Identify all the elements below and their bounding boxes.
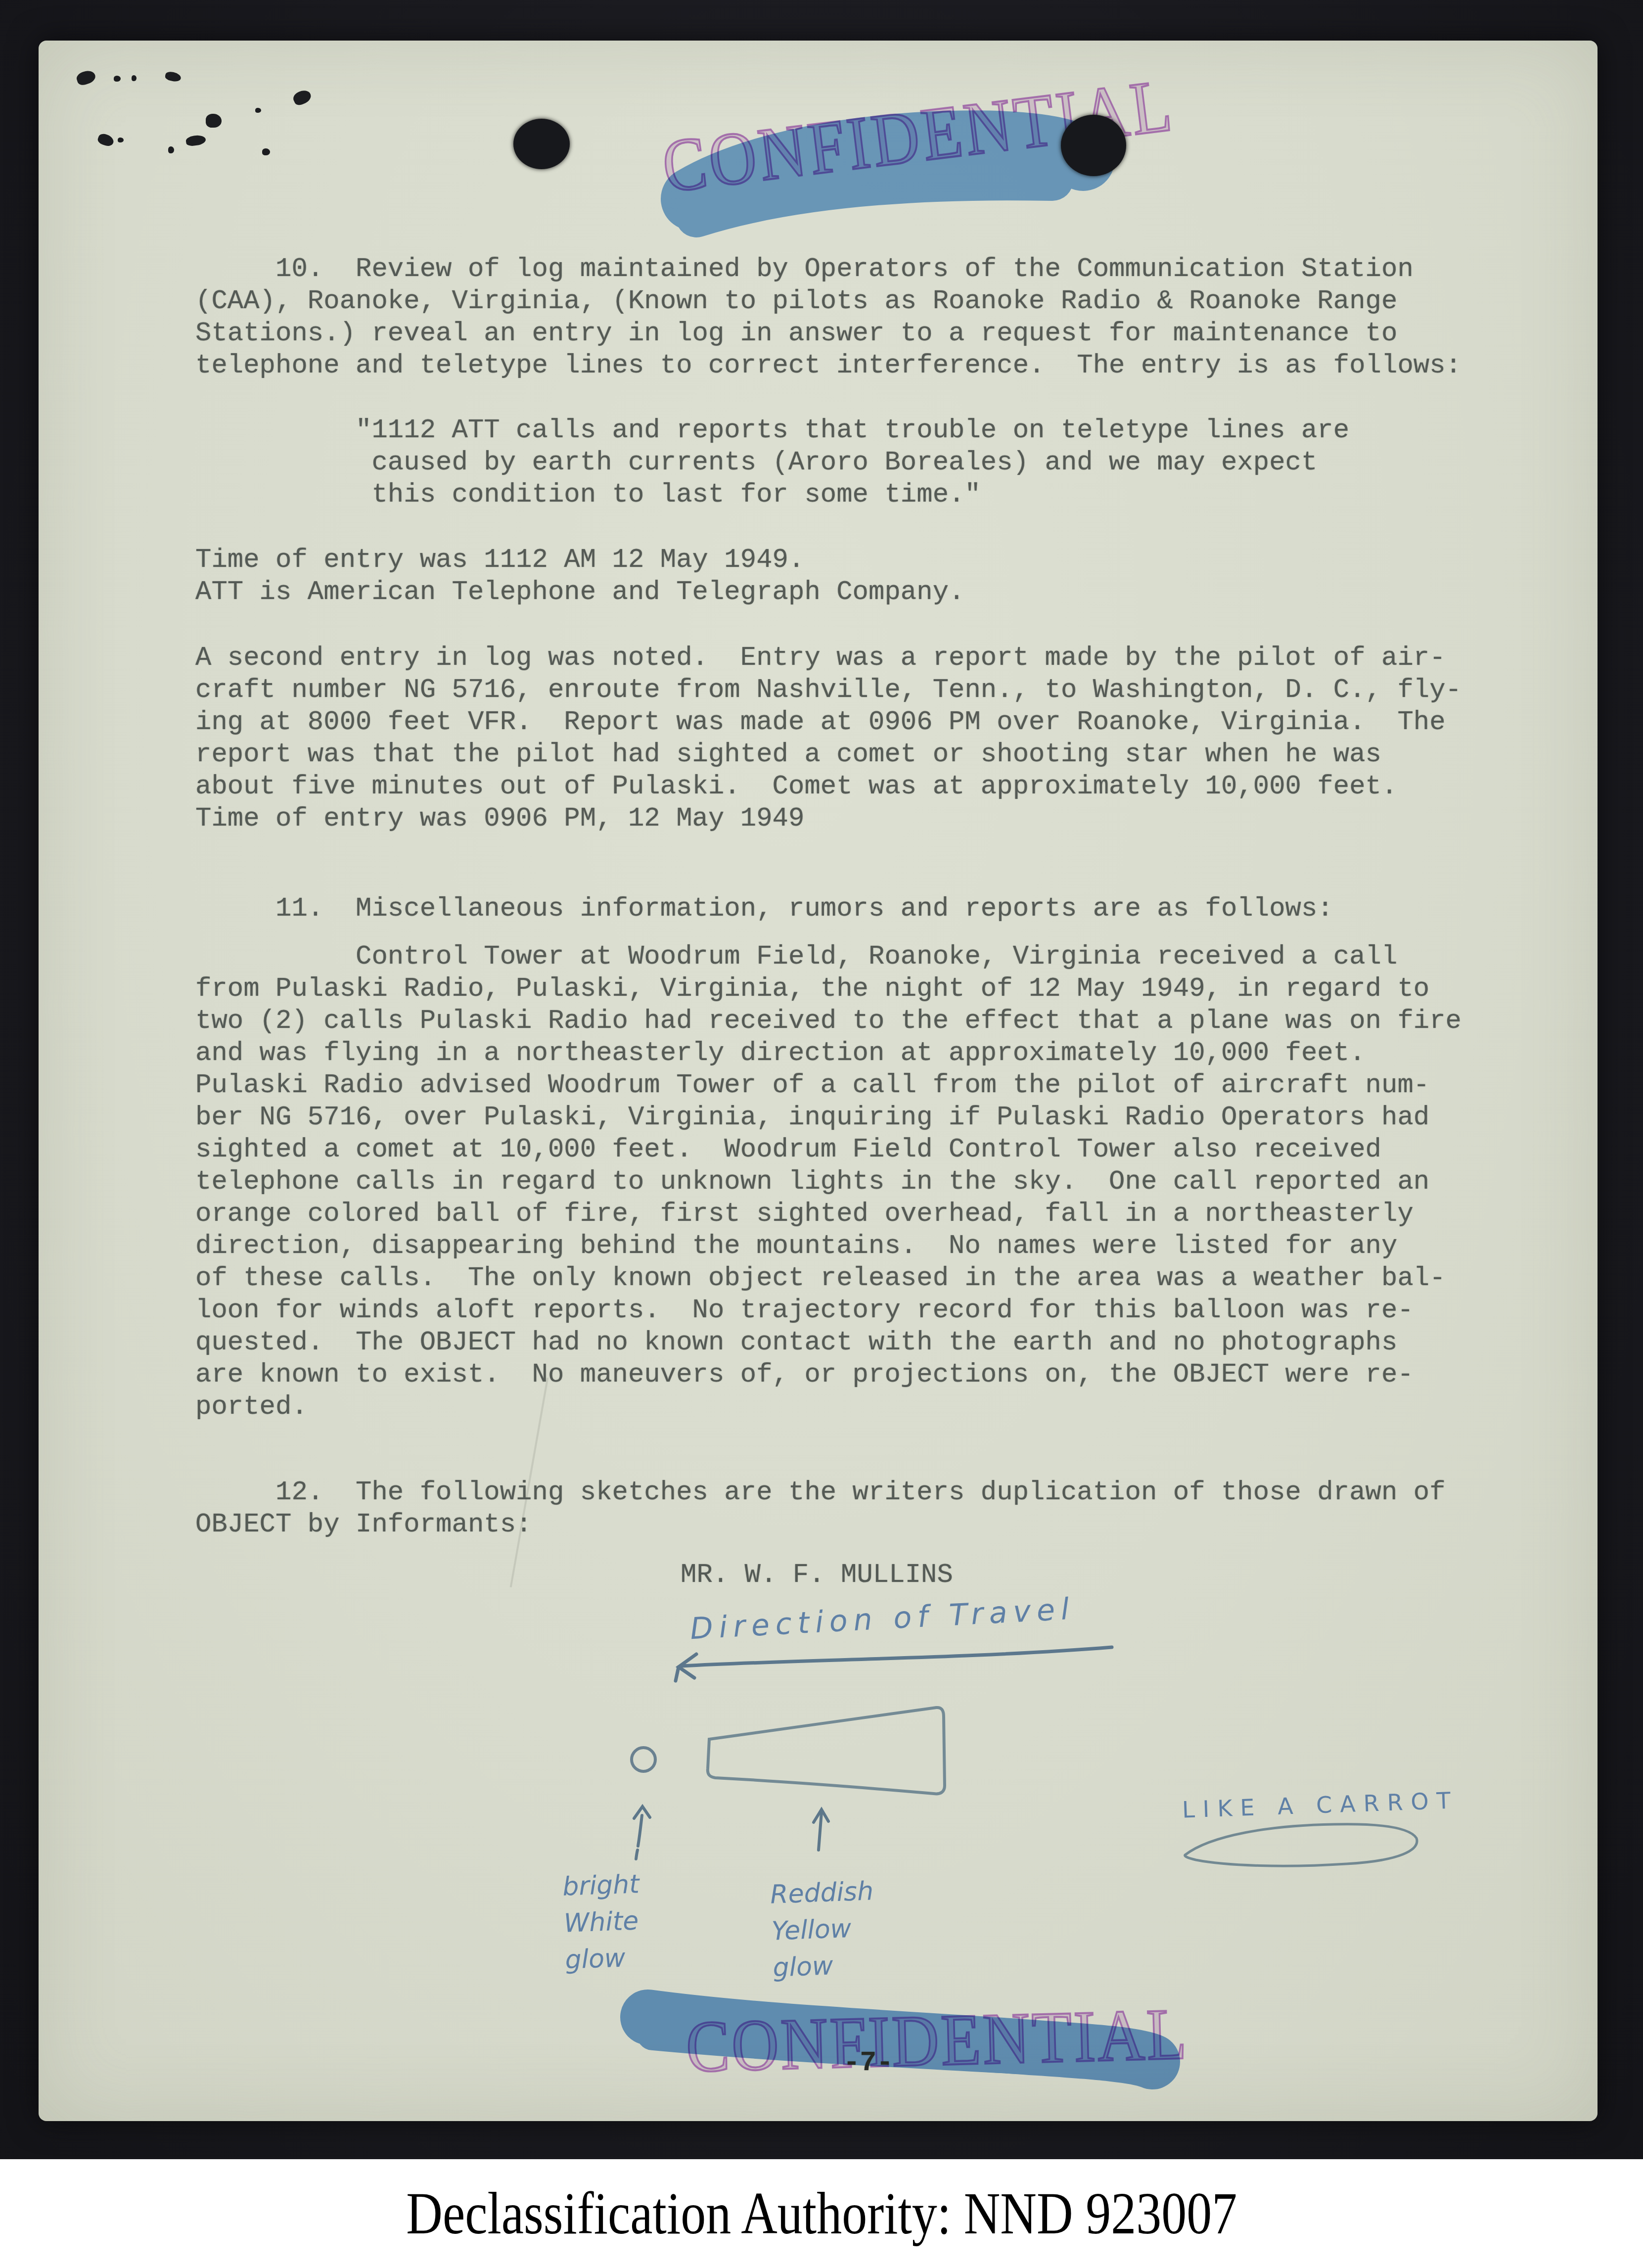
- paragraph-11-heading: 11. Miscellaneous information, rumors an…: [195, 893, 1333, 925]
- typed-line: ing at 8000 feet VFR. Report was made at…: [195, 706, 1461, 739]
- typed-line: A second entry in log was noted. Entry w…: [195, 642, 1461, 674]
- document-page: CONFIDENTIAL CONFIDENTIAL 10. Review of …: [39, 41, 1597, 2121]
- direction-arrow: [676, 1647, 1112, 1681]
- ink-speck: [291, 88, 313, 107]
- ink-speck: [114, 76, 121, 82]
- ink-speck: [168, 146, 174, 153]
- typed-line: 11. Miscellaneous information, rumors an…: [195, 893, 1333, 925]
- typed-line: and was flying in a northeasterly direct…: [195, 1037, 1461, 1069]
- ink-speck: [96, 132, 115, 148]
- typed-line: telephone and teletype lines to correct …: [195, 350, 1461, 382]
- paragraph-10: 10. Review of log maintained by Operator…: [195, 253, 1461, 382]
- typed-line: report was that the pilot had sighted a …: [195, 739, 1461, 771]
- typed-line: OBJECT by Informants:: [195, 1509, 1446, 1541]
- direction-of-travel-label: Direction of Travel: [689, 1592, 1076, 1647]
- typed-line: ATT is American Telephone and Telegraph …: [195, 576, 964, 608]
- typed-line: orange colored ball of fire, first sight…: [195, 1198, 1461, 1230]
- ink-speck: [255, 108, 261, 113]
- typed-line: craft number NG 5716, enroute from Nashv…: [195, 674, 1461, 706]
- typed-line: direction, disappearing behind the mount…: [195, 1230, 1461, 1262]
- typed-line: sighted a comet at 10,000 feet. Woodrum …: [195, 1134, 1461, 1166]
- typed-line: quested. The OBJECT had no known contact…: [195, 1327, 1461, 1359]
- hole-punch-left: [513, 119, 570, 169]
- typed-line: of these calls. The only known object re…: [195, 1262, 1461, 1295]
- ink-speck: [206, 114, 222, 128]
- paragraph-12: 12. The following sketches are the write…: [195, 1477, 1446, 1541]
- carrot-outline-sketch: [1185, 1824, 1417, 1866]
- ink-speck: [118, 138, 124, 142]
- typed-line: two (2) calls Pulaski Radio had received…: [195, 1005, 1461, 1037]
- typed-line: Time of entry was 1112 AM 12 May 1949.: [195, 544, 964, 576]
- second-entry-paragraph: A second entry in log was noted. Entry w…: [195, 642, 1461, 835]
- reddish-yellow-glow-label: Reddish Yellow glow: [770, 1873, 876, 1986]
- ink-speck: [75, 69, 97, 87]
- entry-notes: Time of entry was 1112 AM 12 May 1949. A…: [195, 544, 964, 608]
- typed-line: Stations.) reveal an entry in log in ans…: [195, 318, 1461, 350]
- typed-line: "1112 ATT calls and reports that trouble…: [195, 415, 1349, 447]
- typed-line: ported.: [195, 1391, 1461, 1423]
- hand-line: glow: [772, 1946, 876, 1986]
- informant-name: MR. W. F. MULLINS: [681, 1559, 953, 1591]
- typed-line: Control Tower at Woodrum Field, Roanoke,…: [195, 941, 1461, 973]
- up-arrow-right: [814, 1809, 828, 1850]
- typed-line: are known to exist. No maneuvers of, or …: [195, 1359, 1461, 1391]
- typed-line: Pulaski Radio advised Woodrum Tower of a…: [195, 1069, 1461, 1102]
- ink-speck: [262, 148, 270, 155]
- typed-line: ber NG 5716, over Pulaski, Virginia, inq…: [195, 1102, 1461, 1134]
- object-sketch-circle: [632, 1748, 655, 1771]
- paragraph-11-body: Control Tower at Woodrum Field, Roanoke,…: [195, 941, 1461, 1423]
- typed-line: MR. W. F. MULLINS: [681, 1559, 953, 1591]
- typed-line: about five minutes out of Pulaski. Comet…: [195, 771, 1461, 803]
- hole-punch-right: [1061, 115, 1126, 176]
- hand-line: Yellow: [771, 1909, 875, 1949]
- object-sketch-trapezoid: [708, 1708, 945, 1794]
- ink-speck: [164, 71, 182, 83]
- hand-line: bright: [562, 1866, 640, 1905]
- typed-line: loon for winds aloft reports. No traject…: [195, 1295, 1461, 1327]
- page-number: -7-: [843, 2047, 893, 2079]
- hand-line: White: [563, 1902, 641, 1942]
- hand-line: Reddish: [770, 1873, 874, 1913]
- typed-line: telephone calls in regard to unknown lig…: [195, 1166, 1461, 1198]
- typed-line: from Pulaski Radio, Pulaski, Virginia, t…: [195, 973, 1461, 1005]
- ink-speck: [132, 75, 137, 81]
- up-arrow-left: [634, 1806, 650, 1859]
- typed-line: 12. The following sketches are the write…: [195, 1477, 1446, 1509]
- ink-speck: [185, 134, 206, 146]
- declassification-text: Declassification Authority: NND 923007: [406, 2179, 1237, 2248]
- log-entry-quote: "1112 ATT calls and reports that trouble…: [195, 415, 1349, 511]
- typed-line: (CAA), Roanoke, Virginia, (Known to pilo…: [195, 285, 1461, 318]
- typed-line: this condition to last for some time.": [195, 479, 1349, 511]
- declassification-banner: Declassification Authority: NND 923007: [0, 2159, 1643, 2268]
- typed-line: caused by earth currents (Aroro Boreales…: [195, 447, 1349, 479]
- like-a-carrot-label: LIKE A CARROT: [1182, 1787, 1459, 1823]
- bright-white-glow-label: bright White glow: [562, 1866, 642, 1978]
- confidential-stamp-bottom: CONFIDENTIAL: [685, 1991, 1189, 2089]
- typed-line: 10. Review of log maintained by Operator…: [195, 253, 1461, 285]
- typed-line: Time of entry was 0906 PM, 12 May 1949: [195, 803, 1461, 835]
- hand-line: glow: [564, 1939, 642, 1978]
